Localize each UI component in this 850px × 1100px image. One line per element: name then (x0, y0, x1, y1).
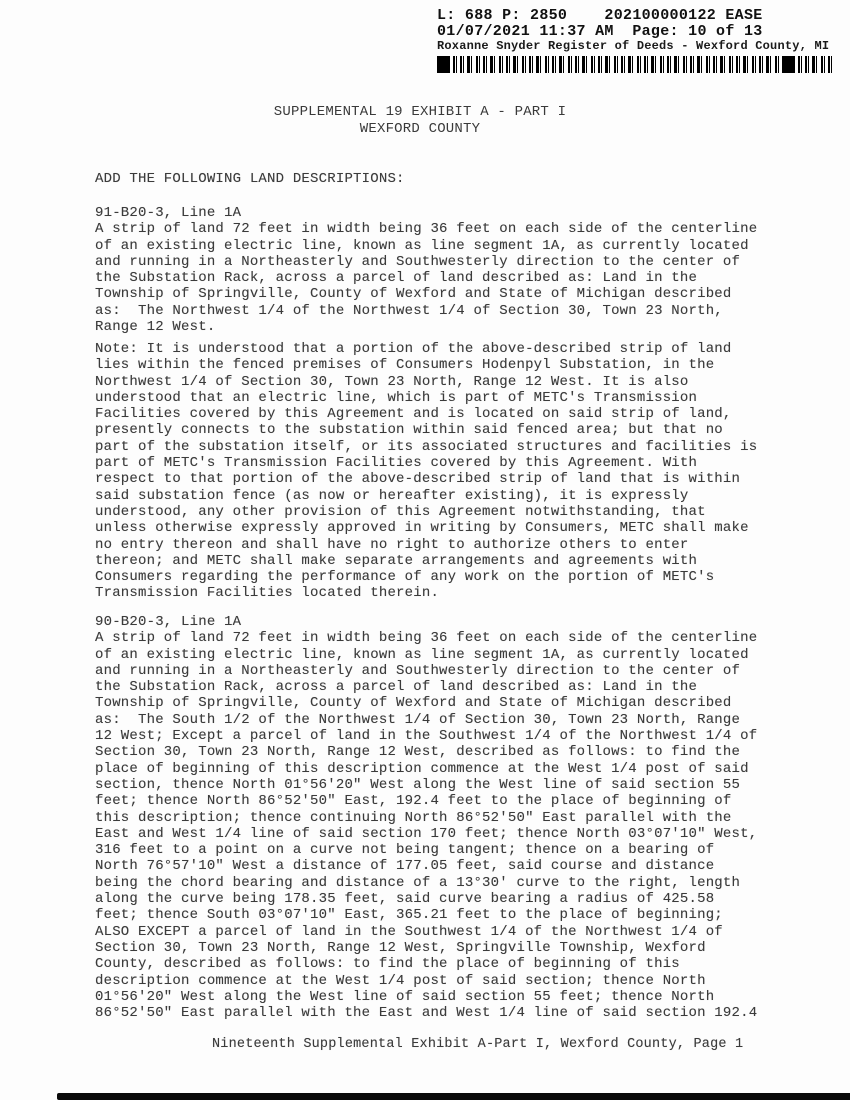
note-paragraph: Note: It is understood that a portion of… (95, 341, 785, 602)
title-line-2: WEXFORD COUNTY (0, 121, 840, 138)
document-title: SUPPLEMENTAL 19 EXHIBIT A - PART I WEXFO… (0, 104, 840, 137)
barcode (437, 56, 833, 73)
title-line-1: SUPPLEMENTAL 19 EXHIBIT A - PART I (0, 104, 840, 121)
stamp-register-line: Roxanne Snyder Register of Deeds - Wexfo… (437, 40, 837, 53)
land-description-90-B20-3: 90-B20-3, Line 1A A strip of land 72 fee… (95, 614, 785, 1021)
intro-line: ADD THE FOLLOWING LAND DESCRIPTIONS: (95, 171, 785, 187)
land-description-91-B20-3: 91-B20-3, Line 1A A strip of land 72 fee… (95, 205, 785, 335)
recorder-stamp: L: 688 P: 2850 202100000122 EASE 01/07/2… (437, 8, 837, 73)
scan-edge-artifact (57, 1093, 850, 1100)
stamp-date-page-line: 01/07/2021 11:37 AM Page: 10 of 13 (437, 24, 837, 39)
page-footer: Nineteenth Supplemental Exhibit A-Part I… (212, 1037, 832, 1052)
stamp-liber-page-line: L: 688 P: 2850 202100000122 EASE (437, 8, 837, 23)
document-page: L: 688 P: 2850 202100000122 EASE 01/07/2… (0, 0, 850, 1100)
